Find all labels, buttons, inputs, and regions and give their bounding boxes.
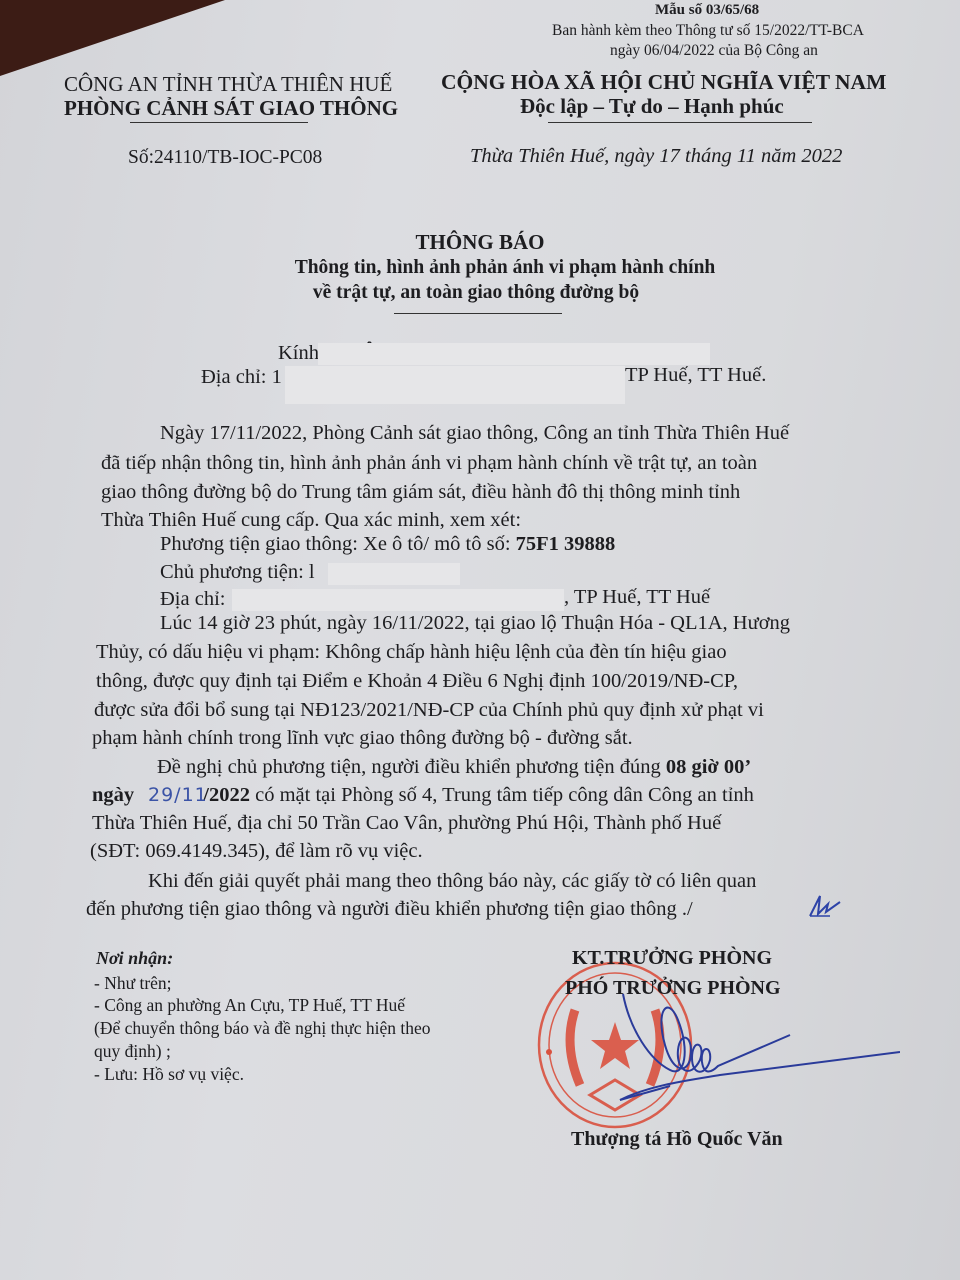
place-date: Thừa Thiên Huế, ngày 17 tháng 11 năm 202… — [470, 145, 842, 168]
country-name: CỘNG HÒA XÃ HỘI CHỦ NGHĨA VIỆT NAM — [441, 70, 886, 95]
license-plate: 75F1 39888 — [516, 533, 616, 555]
para1-line: Thừa Thiên Huế cung cấp. Qua xác minh, x… — [101, 509, 521, 532]
owner-address-label: Địa chỉ: — [160, 588, 225, 611]
recipient-line: - Lưu: Hồ sơ vụ việc. — [94, 1064, 244, 1085]
violation-line: Lúc 14 giờ 23 phút, ngày 16/11/2022, tại… — [160, 612, 790, 635]
recipient-line: (Để chuyển thông báo và đề nghị thực hiệ… — [94, 1018, 431, 1039]
form-issued-with: Ban hành kèm theo Thông tư số 15/2022/TT… — [552, 22, 864, 40]
closing-line-1: Khi đến giải quyết phải mang theo thông … — [148, 870, 756, 893]
recipient-line: quy định) ; — [94, 1041, 171, 1062]
document-title: THÔNG BÁO — [0, 230, 960, 255]
redaction-owner — [328, 563, 460, 585]
para1-line: giao thông đường bộ do Trung tâm giám sá… — [101, 481, 740, 504]
signature-title-2: PHÓ TRƯỞNG PHÒNG — [565, 977, 781, 1000]
summons-location: có mặt tại Phòng số 4, Trung tâm tiếp cô… — [250, 784, 754, 806]
addressee-address-tail: TP Huế, TT Huế. — [625, 364, 766, 387]
summons-line-1: Đề nghị chủ phương tiện, người điều khiể… — [157, 756, 751, 779]
owner-address-tail: , TP Huế, TT Huế — [564, 586, 710, 609]
vehicle-line: Phương tiện giao thông: Xe ô tô/ mô tô s… — [160, 533, 615, 556]
subtitle-underline — [394, 313, 562, 314]
document-number: Số:24110/TB-IOC-PC08 — [128, 147, 322, 169]
recipient-line: - Như trên; — [94, 973, 172, 994]
agency-parent: CÔNG AN TỈNH THỪA THIÊN HUẾ — [64, 72, 392, 97]
redaction-address — [285, 366, 625, 404]
summons-line-4: (SĐT: 069.4149.345), để làm rõ vụ việc. — [90, 840, 423, 863]
handwritten-date: 29/11 — [148, 784, 208, 806]
summons-line-3: Thừa Thiên Huế, địa chỉ 50 Trần Cao Vân,… — [92, 812, 721, 835]
department-underline — [130, 122, 308, 123]
summons-day-label: ngày — [92, 784, 134, 806]
handwritten-initial — [806, 890, 846, 920]
summons-time: 08 giờ 00’ — [666, 756, 751, 778]
signer-name: Thượng tá Hồ Quốc Văn — [571, 1128, 783, 1151]
closing-line-2: đến phương tiện giao thông và người điều… — [86, 898, 693, 921]
vehicle-label: Phương tiện giao thông: Xe ô tô/ mô tô s… — [160, 533, 516, 555]
redaction-name — [318, 343, 710, 365]
summons-year: /2022 — [203, 784, 250, 806]
summons-text: Đề nghị chủ phương tiện, người điều khiể… — [157, 756, 666, 778]
addressee-address-label: Địa chỉ: 1 — [201, 366, 282, 389]
para1-line: Ngày 17/11/2022, Phòng Cảnh sát giao thô… — [160, 422, 789, 445]
owner-label: Chủ phương tiện: l — [160, 561, 315, 584]
redaction-owner-address — [232, 589, 564, 611]
motto-underline — [548, 122, 812, 123]
form-issued-date: ngày 06/04/2022 của Bộ Công an — [610, 42, 818, 60]
signature-title-1: KT.TRƯỞNG PHÒNG — [572, 947, 772, 970]
document-subtitle-1: Thông tin, hình ảnh phản ánh vi phạm hàn… — [0, 257, 960, 279]
violation-line: thông, được quy định tại Điểm e Khoản 4 … — [96, 670, 738, 693]
national-motto: Độc lập – Tự do – Hạnh phúc — [520, 94, 784, 119]
para1-line: đã tiếp nhận thông tin, hình ảnh phản án… — [101, 452, 757, 475]
agency-department: PHÒNG CẢNH SÁT GIAO THÔNG — [64, 96, 398, 121]
form-number: Mẫu số 03/65/68 — [655, 2, 759, 19]
violation-line: Thủy, có dấu hiệu vi phạm: Không chấp hà… — [96, 641, 727, 664]
recipient-line: - Công an phường An Cựu, TP Huế, TT Huế — [94, 995, 405, 1016]
recipients-title: Nơi nhận: — [96, 948, 173, 969]
document-subtitle-2: về trật tự, an toàn giao thông đường bộ — [0, 282, 952, 304]
violation-line: phạm hành chính trong lĩnh vực giao thôn… — [92, 727, 633, 750]
violation-line: được sửa đổi bổ sung tại NĐ123/2021/NĐ-C… — [94, 699, 764, 722]
